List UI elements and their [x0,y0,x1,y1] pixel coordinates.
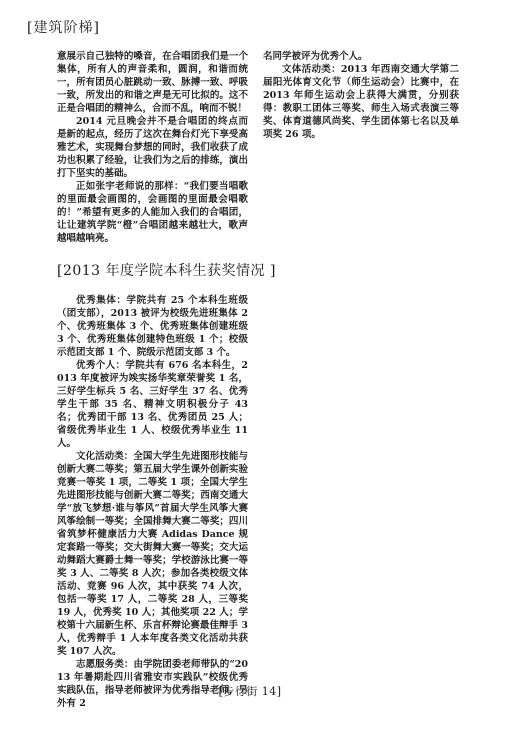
paragraph-choir-continuation: 意展示自己独特的嗓音，在合唱团我们是一个集体，所有人的声音柔和，圆润，和谐而统一… [57,50,248,115]
paragraph-outstanding-individuals: 优秀个人：学院共有 676 名本科生，2013 年度被评为竢实扬华奖章荣誉奖 1… [57,359,248,450]
paragraph-outstanding-collectives: 优秀集体：学院共有 25 个本科生班级（团支部），2013 被评为校级先进班集体… [57,294,248,359]
left-column: 意展示自己独特的嗓音，在合唱团我们是一个集体，所有人的声音柔和，圆润，和谐而统一… [57,50,248,710]
paragraph-cultural-activities: 文化活动类：全国大学生先进图形技能与创新大赛二等奖；第五届大学生课外创新实验竞赛… [57,450,248,658]
paragraph-volunteer-continuation: 名同学被评为优秀个人。 [263,50,459,63]
page-header-tag: [建筑阶梯] [27,17,100,37]
paragraph-teacher-quote: 正如张宇老师说的那样：“我们要当唱歌的里面最会画图的，会画图的里面最会唱歌的！”… [57,180,248,245]
section-heading-awards-2013: [2013 年度学院本科生获奖情况 ] [57,260,248,280]
paragraph-sports-activities: 文体活动类：2013 年西南交通大学第二届阳光体育文化节（师生运动会）比赛中，在… [263,63,459,141]
right-column: 名同学被评为优秀个人。 文体活动类：2013 年西南交通大学第二届阳光体育文化节… [263,50,459,141]
paragraph-new-year-gala: 2014 元旦晚会并不是合唱团的终点而是新的起点，经历了这次在舞台灯光下享受高雅… [57,115,248,180]
page-footer-tag: [步行街 14] [0,683,500,699]
document-page: [建筑阶梯] 意展示自己独特的嗓音，在合唱团我们是一个集体，所有人的声音柔和，圆… [0,0,516,729]
